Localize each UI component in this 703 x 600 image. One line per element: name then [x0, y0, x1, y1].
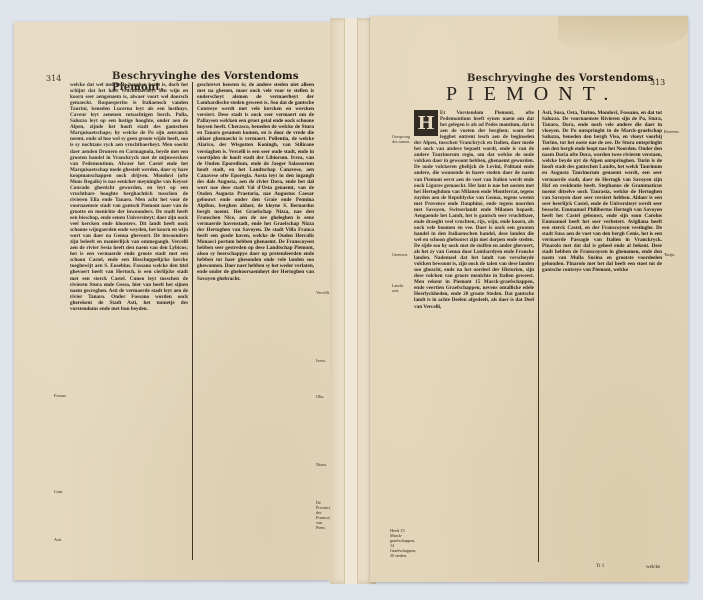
margin-note: Coni. — [54, 489, 63, 494]
margin-note: Fossan. — [54, 393, 67, 398]
margin-note: Vercelli. — [316, 290, 330, 295]
right-page-column-2: Asti, Susa, Osta, Turino, Mondovi, Fossa… — [542, 110, 662, 556]
margin-note: Oorsprong des naems. — [392, 134, 412, 144]
left-page-sheet: 314 Beschryvinghe des Vorstendoms Piemon… — [14, 22, 330, 580]
column-divider — [192, 82, 193, 560]
binding-strip — [344, 18, 358, 584]
page-title: PIEMONT. — [446, 83, 618, 106]
margin-note: Heeft 15 Marck-graefschappen, 14 Graefsc… — [390, 528, 410, 558]
margin-note: Grentsen. — [392, 252, 408, 257]
margin-note: Rivieren. — [664, 129, 679, 134]
right-page-sheet: 313 Beschryvinghe des Vorstendoms PIEMON… — [370, 16, 688, 582]
initial-spacer — [414, 110, 440, 136]
margin-note: Olia. — [316, 394, 324, 399]
page-number-left: 314 — [46, 74, 61, 83]
margin-note: Landts aert. — [392, 283, 406, 293]
signature-mark: Tt 1 — [596, 564, 604, 569]
margin-note: Nizza. — [316, 462, 327, 467]
margin-note: De Provincie der Franscoysen van Piem. — [316, 500, 330, 530]
left-page-column-2: geschrevet heesten is; de andere steden … — [197, 82, 314, 534]
margin-note: Turijn. — [664, 252, 675, 257]
right-page-column-1: Et Vorstendom Piemont, ofte Pedemontium … — [414, 110, 534, 562]
left-page-column-1: welcke dat wel met veele berghen bezet i… — [70, 82, 188, 560]
margin-note: Asti. — [54, 537, 62, 542]
column-divider — [538, 110, 539, 562]
water-stain — [558, 16, 688, 52]
catchword: welcke — [646, 565, 660, 570]
margin-note: Ivrea. — [316, 358, 326, 363]
column-text: Et Vorstendom Piemont, ofte Pedemontium … — [414, 110, 534, 310]
